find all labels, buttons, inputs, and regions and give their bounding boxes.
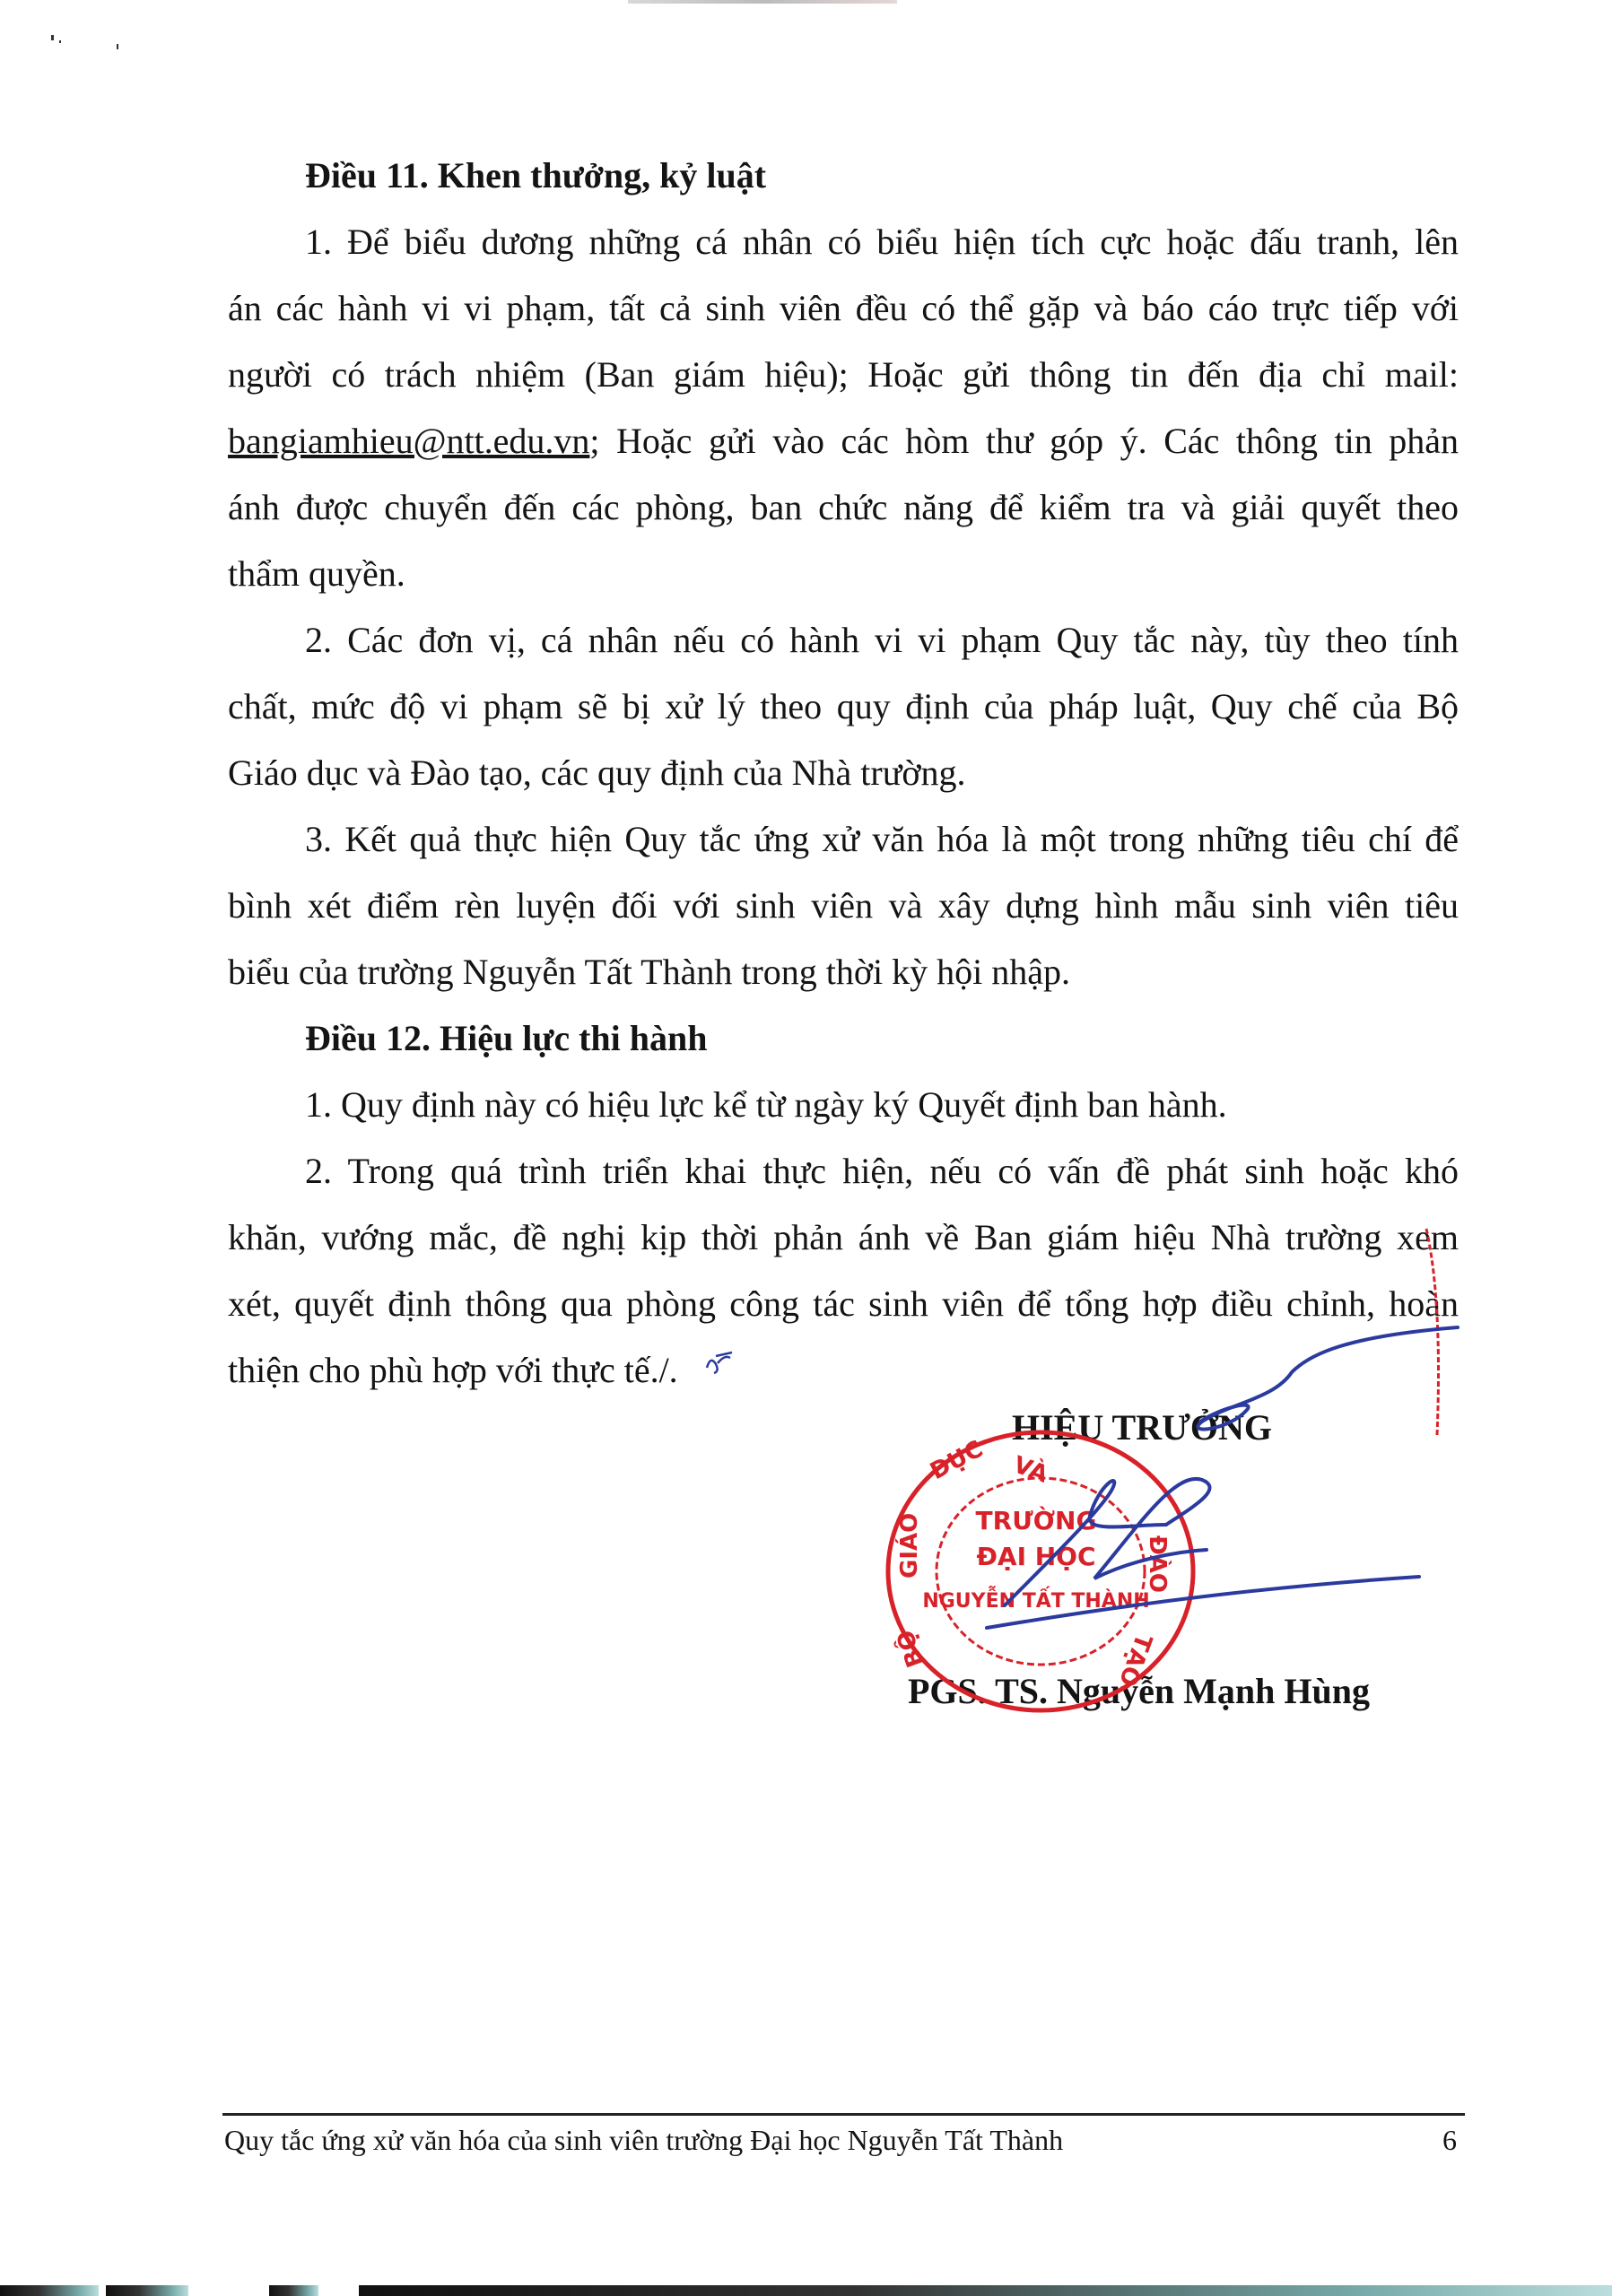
footer-divider [222,2113,1465,2116]
article-11-heading: Điều 11. Khen thưởng, kỷ luật [305,154,1536,197]
svg-text:VÀ: VÀ [1010,1450,1052,1489]
article-11-clause-1-line: người có trách nhiệm (Ban giám hiệu); Ho… [228,353,1459,396]
signature-title: HIỆU TRƯỞNG [1012,1406,1272,1448]
article-11-clause-2-line: Giáo dục và Đào tạo, các quy định của Nh… [228,752,1459,795]
svg-text:DỤC: DỤC [926,1436,988,1485]
svg-text:NGUYỄN TẤT THÀNH: NGUYỄN TẤT THÀNH [922,1587,1149,1613]
article-12-clause-2-line: thiện cho phù hợp với thực tế./. [228,1349,1459,1392]
article-11-clause-1-line: thẩm quyền. [228,552,1459,596]
article-11-clause-1-email-line: bangiamhieu@ntt.edu.vn; Hoặc gửi vào các… [228,420,1459,463]
article-12-clause-2-line: 2. Trong quá trình triển khai thực hiện,… [305,1150,1459,1193]
scan-artifact-bottom [106,2285,188,2296]
article-12-heading: Điều 12. Hiệu lực thi hành [305,1017,1536,1060]
svg-text:BỘ: BỘ [890,1626,929,1671]
svg-text:ĐÀO: ĐÀO [1144,1535,1172,1593]
page-number: 6 [1442,2122,1457,2158]
email-line-rest: ; Hoặc gửi vào các hòm thư góp ý. Các th… [589,421,1459,461]
article-11-clause-3-line: bình xét điểm rèn luyện đối với sinh viê… [228,884,1459,927]
email-link[interactable]: bangiamhieu@ntt.edu.vn [228,421,589,461]
svg-text:ĐẠI HỌC: ĐẠI HỌC [976,1542,1095,1571]
article-12-clause-1-line: 1. Quy định này có hiệu lực kể từ ngày k… [305,1083,1459,1126]
article-11-clause-1-line: án các hành vi vi phạm, tất cả sinh viên… [228,287,1459,330]
svg-text:TRƯỜNG: TRƯỜNG [976,1505,1097,1535]
article-11-clause-3-line: biểu của trường Nguyễn Tất Thành trong t… [228,951,1459,994]
scan-speck [59,40,61,43]
article-12-clause-2-line: khăn, vướng mắc, đề nghị kịp thời phản á… [228,1216,1459,1259]
article-12-clause-2-line: xét, quyết định thông qua phòng công tác… [228,1283,1459,1326]
scan-artifact-bottom [359,2285,1612,2296]
footer-title: Quy tắc ứng xử văn hóa của sinh viên trư… [224,2122,1063,2158]
scan-artifact-bottom [0,2285,99,2296]
article-11-clause-3-line: 3. Kết quả thực hiện Quy tắc ứng xử văn … [305,818,1459,861]
scan-artifact-top [628,0,897,4]
stamp-edge-line [1426,1229,1439,1435]
scan-artifact-bottom [269,2285,318,2296]
signatory-name: PGS. TS. Nguyễn Mạnh Hùng [908,1670,1370,1712]
scan-speck [51,35,54,40]
stamp-and-signature-overlay: DỤC VÀ GIÁO ĐÀO TẠO BỘ TRƯỜNG ĐẠI HỌC NG… [0,0,1612,2296]
official-stamp-icon: DỤC VÀ GIÁO ĐÀO TẠO BỘ TRƯỜNG ĐẠI HỌC NG… [888,1432,1193,1710]
article-11-clause-1-line: ánh được chuyển đến các phòng, ban chức … [228,486,1459,529]
scan-speck [117,44,118,49]
article-11-clause-2-line: chất, mức độ vi phạm sẽ bị xử lý theo qu… [228,685,1459,728]
article-11-clause-1-line: 1. Để biểu dương những cá nhân có biểu h… [305,221,1459,264]
svg-text:GIÁO: GIÁO [894,1513,923,1578]
article-11-clause-2-line: 2. Các đơn vị, cá nhân nếu có hành vi vi… [305,619,1459,662]
